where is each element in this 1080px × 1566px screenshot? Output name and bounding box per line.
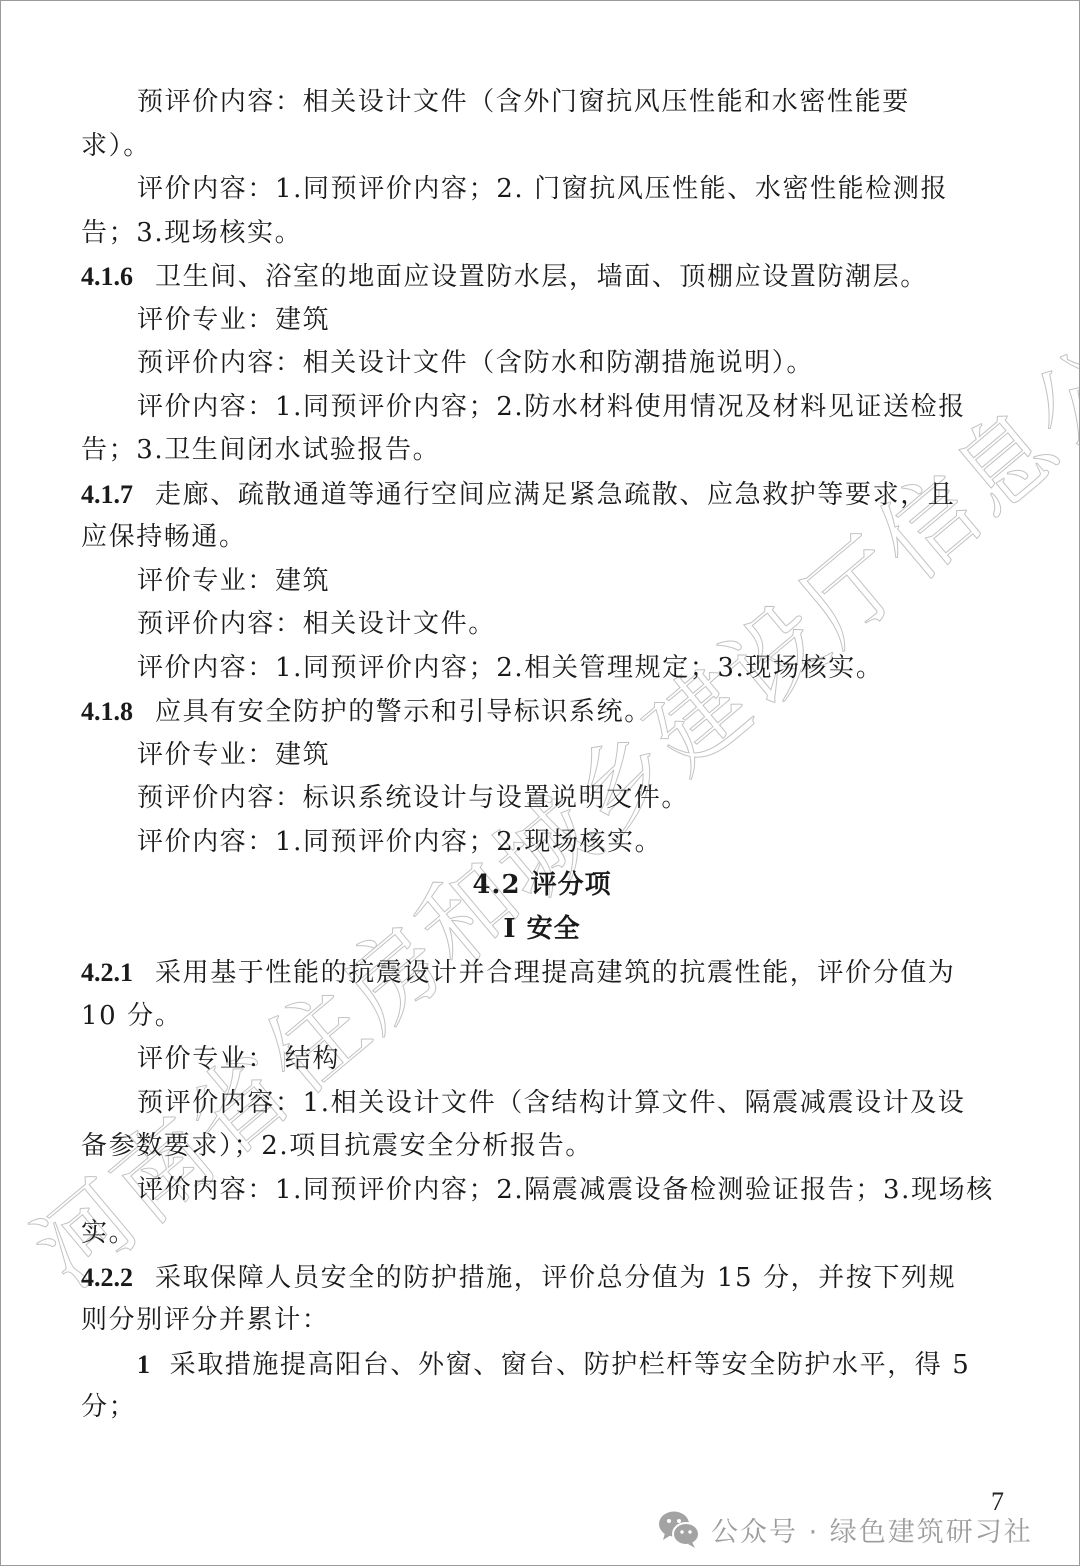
list-item: 1采取措施提高阳台、外窗、窗台、防护栏杆等安全防护水平，得 5 (81, 1343, 1003, 1387)
clause-number: 4.1.8 (81, 697, 133, 726)
line-text: 评价专业：建筑 (137, 740, 330, 770)
paragraph-line: 备参数要求）；2.项目抗震安全分析报告。 (81, 1125, 1003, 1169)
line-text: 预评价内容：相关设计文件（含防水和防潮措施说明）。 (137, 348, 814, 378)
clause-4-2-2: 4.2.2采取保障人员安全的防护措施，评价总分值为 15 分，并按下列规 (81, 1256, 1003, 1300)
line-text: 评价内容：1.同预评价内容；2. 门窗抗风压性能、水密性能检测报 (137, 174, 948, 204)
clause-number: 4.1.6 (81, 262, 133, 291)
line-text: 分； (81, 1392, 136, 1422)
line-text: 预评价内容：标识系统设计与设置说明文件。 (137, 783, 689, 813)
clause-4-1-7: 4.1.7走廊、疏散通道等通行空间应满足紧急疏散、应急救护等要求，且 (81, 473, 1003, 517)
paragraph-line: 预评价内容：标识系统设计与设置说明文件。 (81, 777, 1003, 821)
paragraph-line: 评价专业：建筑 (81, 734, 1003, 778)
clause-number: 4.1.7 (81, 480, 133, 509)
line-text: 实。 (81, 1218, 136, 1248)
paragraph-line: 应保持畅通。 (81, 516, 1003, 560)
paragraph-line: 预评价内容：1.相关设计文件（含结构计算文件、隔震减震设计及设 (81, 1082, 1003, 1126)
paragraph-line: 实。 (81, 1212, 1003, 1256)
paragraph-line: 告；3.卫生间闭水试验报告。 (81, 429, 1003, 473)
section-heading: 4.2 评分项 (81, 864, 1003, 908)
line-text: 评价专业： 结构 (137, 1044, 340, 1074)
account-name: 公众号 · 绿色建筑研习社 (711, 1510, 1033, 1549)
paragraph-line: 评价专业：建筑 (81, 560, 1003, 604)
line-text: 预评价内容：相关设计文件（含外门窗抗风压性能和水密性能要 (137, 87, 910, 117)
paragraph-line: 评价内容：1.同预评价内容；2.相关管理规定；3.现场核实。 (81, 647, 1003, 691)
paragraph-line: 评价内容：1.同预评价内容；2.隔震减震设备检测验证报告；3.现场核 (81, 1169, 1003, 1213)
line-text: 评价内容：1.同预评价内容；2.隔震减震设备检测验证报告；3.现场核 (137, 1175, 994, 1205)
line-text: 评价专业：建筑 (137, 566, 330, 596)
line-text: 评价内容：1.同预评价内容；2.相关管理规定；3.现场核实。 (137, 653, 883, 683)
document-body: 预评价内容：相关设计文件（含外门窗抗风压性能和水密性能要 求）。 评价内容：1.… (81, 81, 1003, 1430)
clause-text: 应具有安全防护的警示和引导标识系统。 (155, 697, 652, 727)
clause-number: 4.2.2 (81, 1263, 133, 1292)
paragraph-line: 评价内容：1.同预评价内容；2.现场核实。 (81, 821, 1003, 865)
item-number: 1 (137, 1350, 152, 1379)
line-text: 评价内容：1.同预评价内容；2.防水材料使用情况及材料见证送检报 (137, 392, 966, 422)
clause-4-1-8: 4.1.8应具有安全防护的警示和引导标识系统。 (81, 690, 1003, 734)
line-text: 预评价内容：相关设计文件。 (137, 609, 496, 639)
paragraph-line: 评价专业： 结构 (81, 1038, 1003, 1082)
clause-text: 采用基于性能的抗震设计并合理提高建筑的抗震性能，评价分值为 (155, 958, 955, 988)
paragraph-line: 10 分。 (81, 995, 1003, 1039)
line-text: 评价专业：建筑 (137, 305, 330, 335)
clause-text: 采取保障人员安全的防护措施，评价总分值为 15 分，并按下列规 (155, 1263, 956, 1293)
line-text: 告；3.卫生间闭水试验报告。 (81, 435, 440, 465)
wechat-icon (657, 1509, 701, 1549)
item-text: 采取措施提高阳台、外窗、窗台、防护栏杆等安全防护水平，得 5 (170, 1350, 971, 1380)
line-text: 评价内容：1.同预评价内容；2.现场核实。 (137, 827, 662, 857)
paragraph-line: 评价内容：1.同预评价内容；2.防水材料使用情况及材料见证送检报 (81, 386, 1003, 430)
line-text: 备参数要求）；2.项目抗震安全分析报告。 (81, 1131, 593, 1161)
paragraph-line: 评价专业：建筑 (81, 299, 1003, 343)
document-page: 河南省住房和城乡建设厅信息公开浏览专用 预评价内容：相关设计文件（含外门窗抗风压… (0, 0, 1080, 1566)
paragraph-line: 则分别评分并累计： (81, 1299, 1003, 1343)
line-text: 则分别评分并累计： (81, 1305, 329, 1335)
paragraph-line: 告；3.现场核实。 (81, 212, 1003, 256)
paragraph-line: 评价内容：1.同预评价内容；2. 门窗抗风压性能、水密性能检测报 (81, 168, 1003, 212)
line-text: 应保持畅通。 (81, 522, 247, 552)
line-text: 告；3.现场核实。 (81, 218, 302, 248)
paragraph-line: 预评价内容：相关设计文件（含防水和防潮措施说明）。 (81, 342, 1003, 386)
subsection-heading: I 安全 (81, 908, 1003, 952)
clause-4-1-6: 4.1.6卫生间、浴室的地面应设置防水层，墙面、顶棚应设置防潮层。 (81, 255, 1003, 299)
clause-text: 走廊、疏散通道等通行空间应满足紧急疏散、应急救护等要求，且 (155, 480, 955, 510)
wechat-account-badge[interactable]: 公众号 · 绿色建筑研习社 (657, 1509, 1033, 1549)
line-text: 预评价内容：1.相关设计文件（含结构计算文件、隔震减震设计及设 (137, 1088, 965, 1118)
paragraph-line: 预评价内容：相关设计文件。 (81, 603, 1003, 647)
paragraph-line: 预评价内容：相关设计文件（含外门窗抗风压性能和水密性能要 (81, 81, 1003, 125)
paragraph-line: 求）。 (81, 125, 1003, 169)
clause-number: 4.2.1 (81, 958, 133, 987)
line-text: 10 分。 (81, 1001, 182, 1031)
line-text: 求）。 (81, 131, 151, 161)
clause-text: 卫生间、浴室的地面应设置防水层，墙面、顶棚应设置防潮层。 (155, 262, 928, 292)
paragraph-line: 分； (81, 1386, 1003, 1430)
clause-4-2-1: 4.2.1采用基于性能的抗震设计并合理提高建筑的抗震性能，评价分值为 (81, 951, 1003, 995)
